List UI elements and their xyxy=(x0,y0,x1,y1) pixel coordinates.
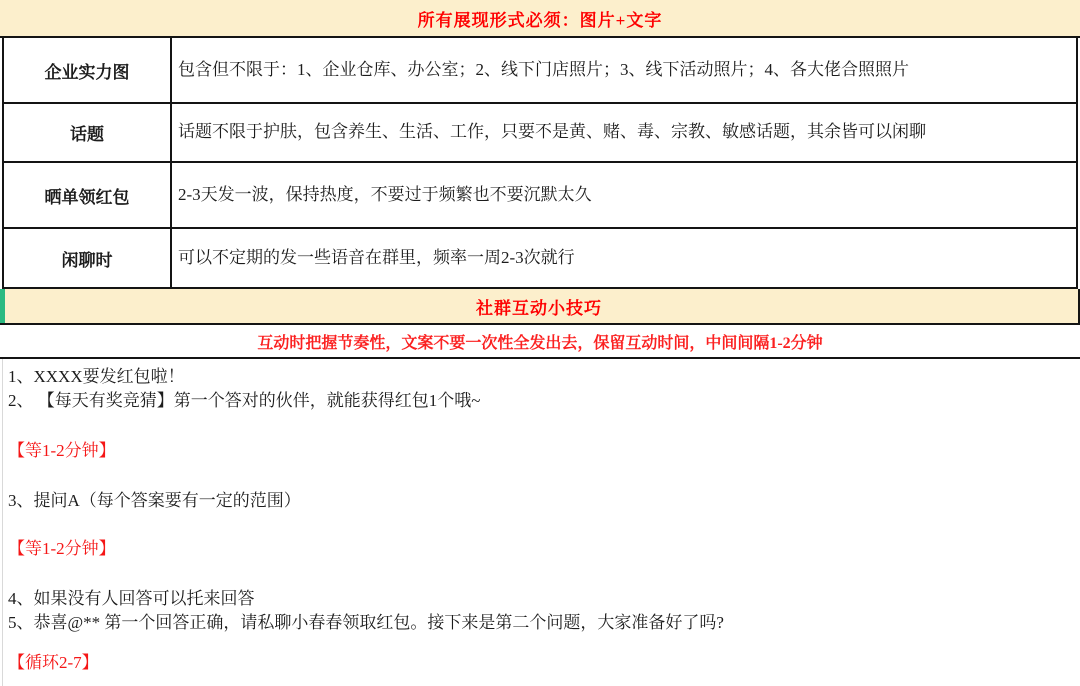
community-rules-table: 企业实力图 包含但不限于：1、企业仓库、办公室；2、线下门店照片；3、线下活动照… xyxy=(2,38,1078,289)
script-body: 1、XXXX要发红包啦！ 2、 【每天有奖竞猜】第一个答对的伙伴，就能获得红包1… xyxy=(0,359,1080,675)
script-line-2: 2、 【每天有奖竞猜】第一个答对的伙伴，就能获得红包1个哦~ xyxy=(8,389,1070,413)
row-content-chitchat: 可以不定期的发一些语音在群里，频率一周2-3次就行 xyxy=(170,229,1076,287)
script-line-4: 4、如果没有人回答可以托来回答 xyxy=(8,587,1070,611)
row-content-red-packet: 2-3天发一波，保持热度，不要过于频繁也不要沉默太久 xyxy=(170,163,1076,227)
script-wait-note-2: 【等1-2分钟】 xyxy=(8,537,1070,561)
script-wait-note-1: 【等1-2分钟】 xyxy=(8,439,1070,463)
spreadsheet-page: 所有展现形式必须：图片+文字 企业实力图 包含但不限于：1、企业仓库、办公室；2… xyxy=(0,0,1080,686)
row-label-chitchat: 闲聊时 xyxy=(4,229,170,287)
row-label-red-packet: 晒单领红包 xyxy=(4,163,170,227)
script-line-3: 3、提问A（每个答案要有一定的范围） xyxy=(8,489,1070,513)
section-banner-interaction-tips: 社群互动小技巧 xyxy=(0,289,1080,325)
green-accent-strip xyxy=(0,289,5,323)
table-row: 晒单领红包 2-3天发一波，保持热度，不要过于频繁也不要沉默太久 xyxy=(4,163,1076,229)
script-line-1: 1、XXXX要发红包啦！ xyxy=(8,365,1070,389)
pacing-notice-text: 互动时把握节奏性，文案不要一次性全发出去，保留互动时间，中间间隔1-2分钟 xyxy=(257,330,822,353)
table-row: 企业实力图 包含但不限于：1、企业仓库、办公室；2、线下门店照片；3、线下活动照… xyxy=(4,38,1076,104)
row-content-company-strength: 包含但不限于：1、企业仓库、办公室；2、线下门店照片；3、线下活动照片；4、各大… xyxy=(170,38,1076,102)
script-loop-note: 【循环2-7】 xyxy=(8,651,1070,675)
section-banner-title: 社群互动小技巧 xyxy=(476,294,602,319)
table-row: 闲聊时 可以不定期的发一些语音在群里，频率一周2-3次就行 xyxy=(4,229,1076,289)
pacing-notice-row: 互动时把握节奏性，文案不要一次性全发出去，保留互动时间，中间间隔1-2分钟 xyxy=(0,325,1080,359)
display-format-header: 所有展现形式必须：图片+文字 xyxy=(0,0,1080,38)
row-label-topics: 话题 xyxy=(4,104,170,161)
display-format-title: 所有展现形式必须：图片+文字 xyxy=(418,6,663,31)
script-line-5: 5、恭喜@** 第一个回答正确，请私聊小春春领取红包。接下来是第二个问题，大家准… xyxy=(8,611,1070,635)
row-content-topics: 话题不限于护肤，包含养生、生活、工作，只要不是黄、赌、毒、宗教、敏感话题，其余皆… xyxy=(170,104,1076,161)
table-row: 话题 话题不限于护肤，包含养生、生活、工作，只要不是黄、赌、毒、宗教、敏感话题，… xyxy=(4,104,1076,163)
row-label-company-strength: 企业实力图 xyxy=(4,38,170,102)
